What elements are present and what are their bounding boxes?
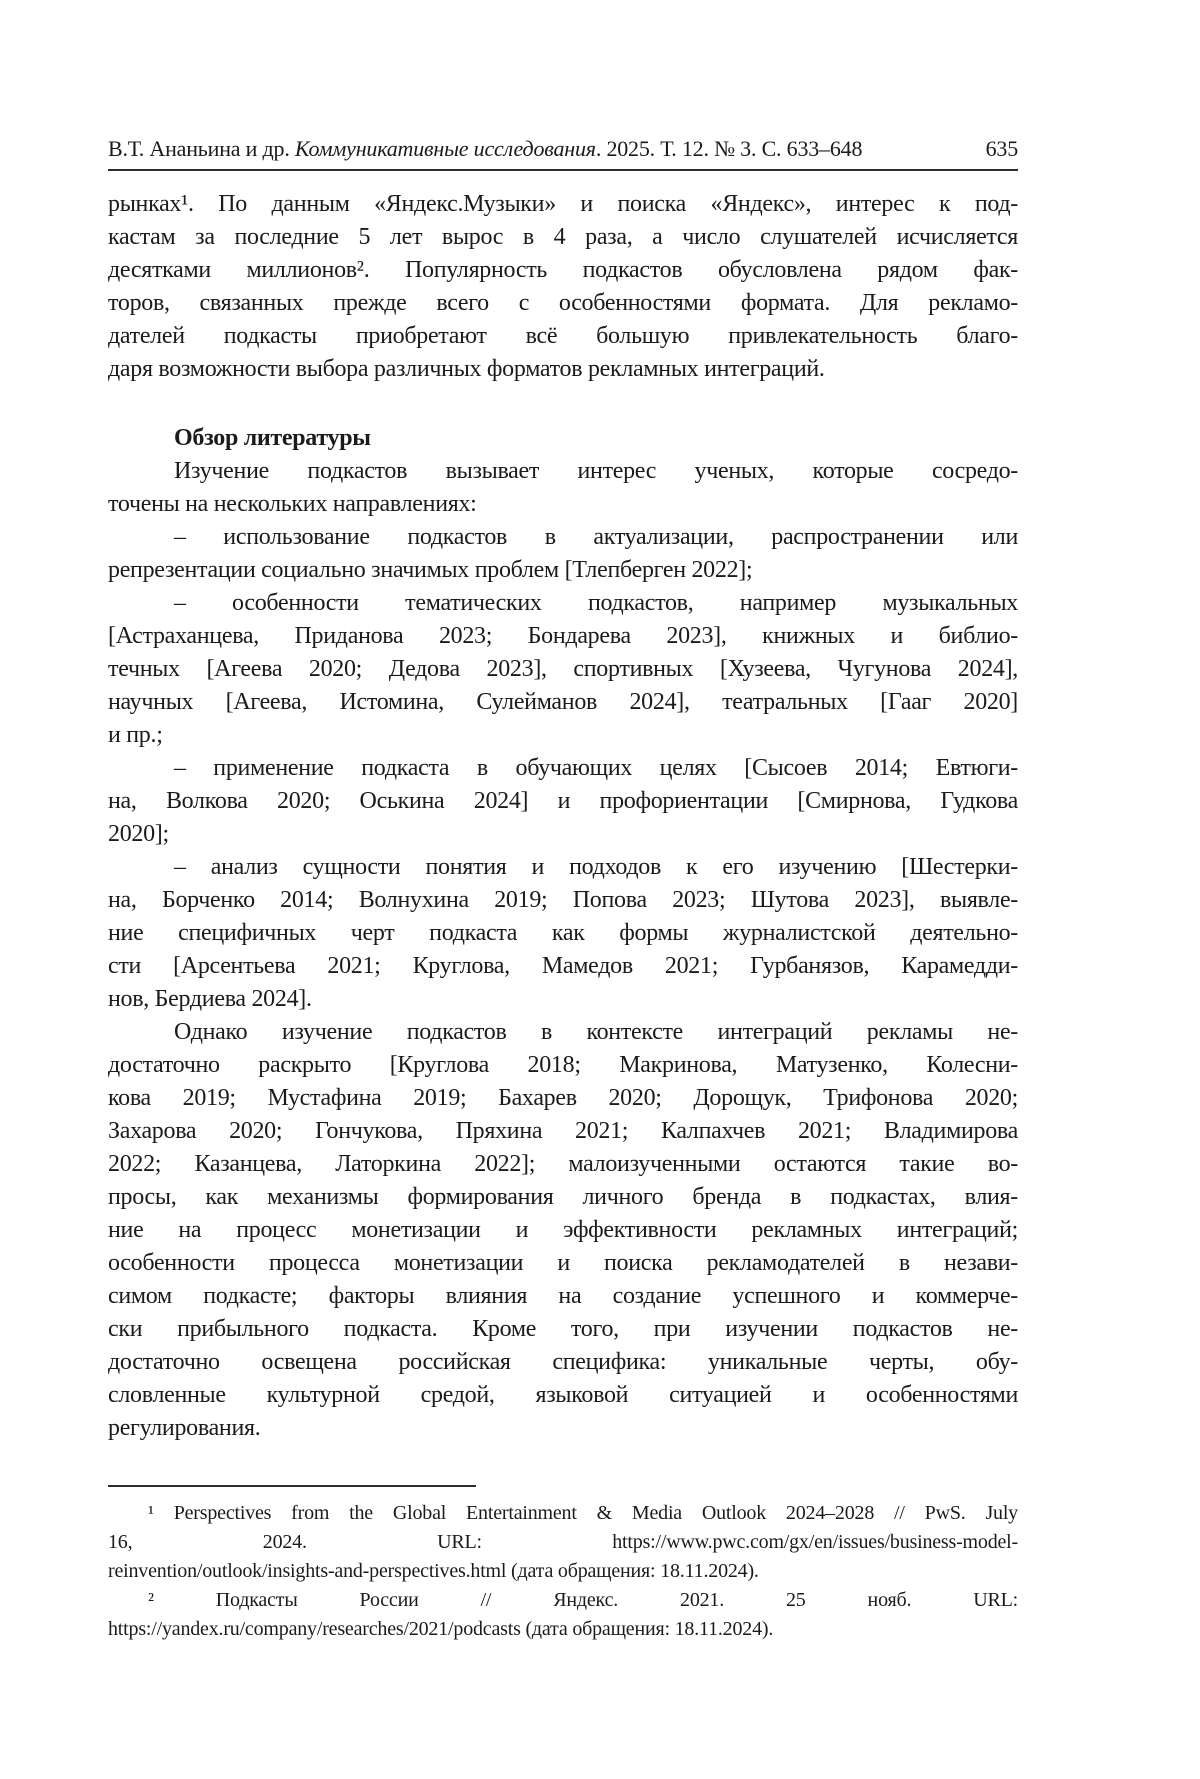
text-line: – анализ сущности понятия и подходов к е… [108,851,1018,884]
text-line: – особенности тематических подкастов, на… [108,587,1018,620]
text-line: https://yandex.ru/company/researches/202… [108,1615,1018,1644]
paragraph: – особенности тематических подкастов, на… [108,587,1018,752]
text-line: Однако изучение подкастов в контексте ин… [108,1016,1018,1049]
article-body: рынках¹. По данным «Яндекс.Музыки» и пои… [108,188,1018,1445]
paragraph: – использование подкастов в актуализации… [108,521,1018,587]
text-line: достаточно раскрыто [Круглова 2018; Макр… [108,1049,1018,1082]
page-number: 635 [986,136,1018,162]
running-title-issue: . 2025. Т. 12. № 3. С. 633–648 [596,136,862,161]
text-line: – применение подкаста в обучающих целях … [108,752,1018,785]
text-line: торов, связанных прежде всего с особенно… [108,287,1018,320]
text-line: [Астраханцева, Приданова 2023; Бондарева… [108,620,1018,653]
text-line: ¹ Perspectives from the Global Entertain… [108,1499,1018,1528]
running-title: В.Т. Ананьина и др. Коммуникативные иссл… [108,136,862,162]
text-line: дателей подкасты приобретают всё большую… [108,320,1018,353]
footnote-area: ¹ Perspectives from the Global Entertain… [108,1485,1018,1644]
section-heading: Обзор литературы [108,422,1018,455]
paragraph: – применение подкаста в обучающих целях … [108,752,1018,851]
text-line: симом подкасте; факторы влияния на созда… [108,1280,1018,1313]
text-line: 16, 2024. URL: https://www.pwc.com/gx/en… [108,1528,1018,1557]
paragraph: Однако изучение подкастов в контексте ин… [108,1016,1018,1445]
text-line: 2020]; [108,818,1018,851]
text-line: сти [Арсентьева 2021; Круглова, Мамедов … [108,950,1018,983]
running-title-authors: В.Т. Ананьина и др. [108,136,295,161]
text-line: точены на нескольких направлениях: [108,488,1018,521]
text-line: просы, как механизмы формирования личног… [108,1181,1018,1214]
footnote: ² Подкасты России // Яндекс. 2021. 25 но… [108,1586,1018,1644]
text-line: нов, Бердиева 2024]. [108,983,1018,1016]
text-line: на, Волкова 2020; Оськина 2024] и профор… [108,785,1018,818]
footnote-separator-rule [108,1485,476,1487]
footnote: ¹ Perspectives from the Global Entertain… [108,1499,1018,1586]
text-line: ² Подкасты России // Яндекс. 2021. 25 но… [108,1586,1018,1615]
text-line: ски прибыльного подкаста. Кроме того, пр… [108,1313,1018,1346]
text-line: даря возможности выбора различных формат… [108,353,1018,386]
text-line: на, Борченко 2014; Волнухина 2019; Попов… [108,884,1018,917]
text-line: регулирования. [108,1412,1018,1445]
text-line: и пр.; [108,719,1018,752]
text-line: научных [Агеева, Истомина, Сулейманов 20… [108,686,1018,719]
paragraph: Изучение подкастов вызывает интерес учен… [108,455,1018,521]
text-line: ние на процесс монетизации и эффективнос… [108,1214,1018,1247]
text-line: репрезентации социально значимых проблем… [108,554,1018,587]
text-line: кастам за последние 5 лет вырос в 4 раза… [108,221,1018,254]
paragraph: – анализ сущности понятия и подходов к е… [108,851,1018,1016]
text-line: словленные культурной средой, языковой с… [108,1379,1018,1412]
text-line: Захарова 2020; Гончукова, Пряхина 2021; … [108,1115,1018,1148]
text-line: – использование подкастов в актуализации… [108,521,1018,554]
paragraph: рынках¹. По данным «Яндекс.Музыки» и пои… [108,188,1018,386]
running-header: В.Т. Ананьина и др. Коммуникативные иссл… [108,136,1018,171]
running-title-journal: Коммуникативные исследования [295,136,596,161]
text-line: кова 2019; Мустафина 2019; Бахарев 2020;… [108,1082,1018,1115]
text-line: течных [Агеева 2020; Дедова 2023], спорт… [108,653,1018,686]
text-line: десятками миллионов². Популярность подка… [108,254,1018,287]
text-line: ние специфичных черт подкаста как формы … [108,917,1018,950]
page-content: В.Т. Ананьина и др. Коммуникативные иссл… [108,0,1018,1644]
text-line: рынках¹. По данным «Яндекс.Музыки» и пои… [108,188,1018,221]
journal-page: В.Т. Ананьина и др. Коммуникативные иссл… [0,0,1200,1779]
footnote-list: ¹ Perspectives from the Global Entertain… [108,1499,1018,1644]
text-line: 2022; Казанцева, Латоркина 2022]; малоиз… [108,1148,1018,1181]
text-line: достаточно освещена российская специфика… [108,1346,1018,1379]
text-line: Изучение подкастов вызывает интерес учен… [108,455,1018,488]
text-line: особенности процесса монетизации и поиск… [108,1247,1018,1280]
text-line: reinvention/outlook/insights-and-perspec… [108,1557,1018,1586]
